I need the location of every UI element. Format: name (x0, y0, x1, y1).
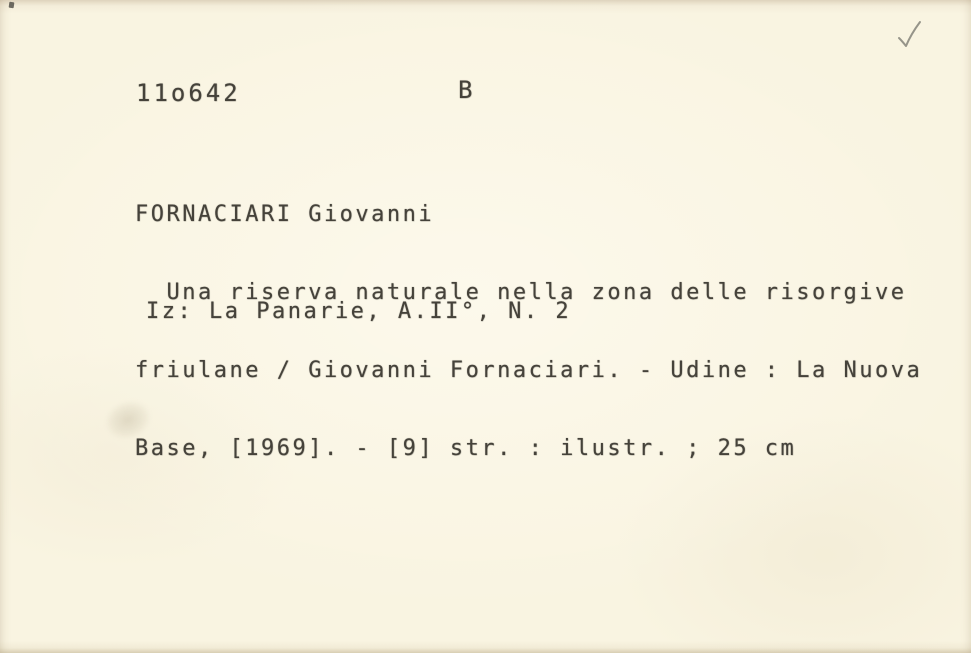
section-letter: B (458, 76, 474, 104)
pencil-checkmark-icon (891, 15, 927, 53)
call-number: 11o642 (136, 79, 241, 107)
catalog-card: 11o642 B FORNACIARI Giovanni Una riserva… (0, 0, 971, 653)
entry-imprint-line: friulane / Giovanni Fornaciari. - Udine … (135, 358, 922, 384)
entry-collation-line: Base, [1969]. - [9] str. : ilustr. ; 25 … (135, 436, 922, 462)
scan-edge-speck (9, 2, 15, 9)
source-note: Iz: La Panarie, A.II°, N. 2 (146, 299, 571, 324)
bibliographic-entry: FORNACIARI Giovanni Una riserva naturale… (135, 150, 922, 514)
entry-heading-line: FORNACIARI Giovanni (135, 202, 922, 228)
